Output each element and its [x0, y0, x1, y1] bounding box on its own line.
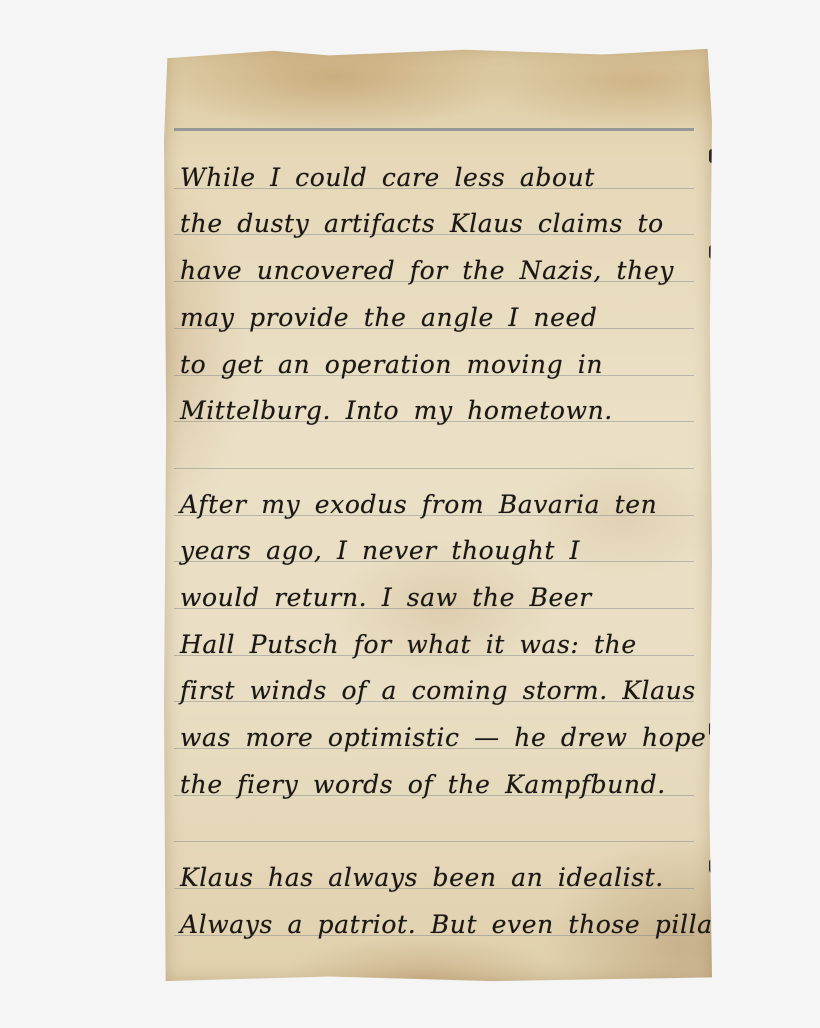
text-line: was more optimistic — he drew hope from: [180, 715, 692, 761]
binding-stitch: [709, 859, 715, 873]
text-line: to get an operation moving in: [180, 342, 692, 388]
binding-stitch: [709, 722, 715, 736]
text-line: years ago, I never thought I: [180, 528, 692, 574]
text-line: would return. I saw the Beer: [180, 575, 692, 621]
binding-stitch: [709, 149, 715, 163]
ruled-line: [174, 841, 694, 842]
text-line: Mittelburg. Into my hometown.: [180, 388, 692, 434]
text-line: the dusty artifacts Klaus claims to: [180, 201, 692, 247]
text-line: the fiery words of the Kampfbund.: [180, 762, 692, 808]
text-line: may provide the angle I need: [180, 295, 692, 341]
stage: While I could care less about the dusty …: [0, 0, 820, 1028]
journal-page: While I could care less about the dusty …: [164, 47, 712, 983]
header-rule: [174, 128, 694, 131]
binding-stitch: [709, 245, 715, 259]
text-line: After my exodus from Bavaria ten: [180, 482, 692, 528]
ruled-line: [174, 468, 694, 469]
text-line: Always a patriot. But even those pillars: [180, 902, 692, 948]
text-line: Klaus has always been an idealist.: [180, 855, 692, 901]
text-line: have uncovered for the Nazis, they: [180, 248, 692, 294]
page-binding: [709, 47, 715, 983]
text-line: first winds of a coming storm. Klaus: [180, 668, 692, 714]
text-line: Hall Putsch for what it was: the: [180, 622, 692, 668]
text-line: While I could care less about: [180, 155, 692, 201]
